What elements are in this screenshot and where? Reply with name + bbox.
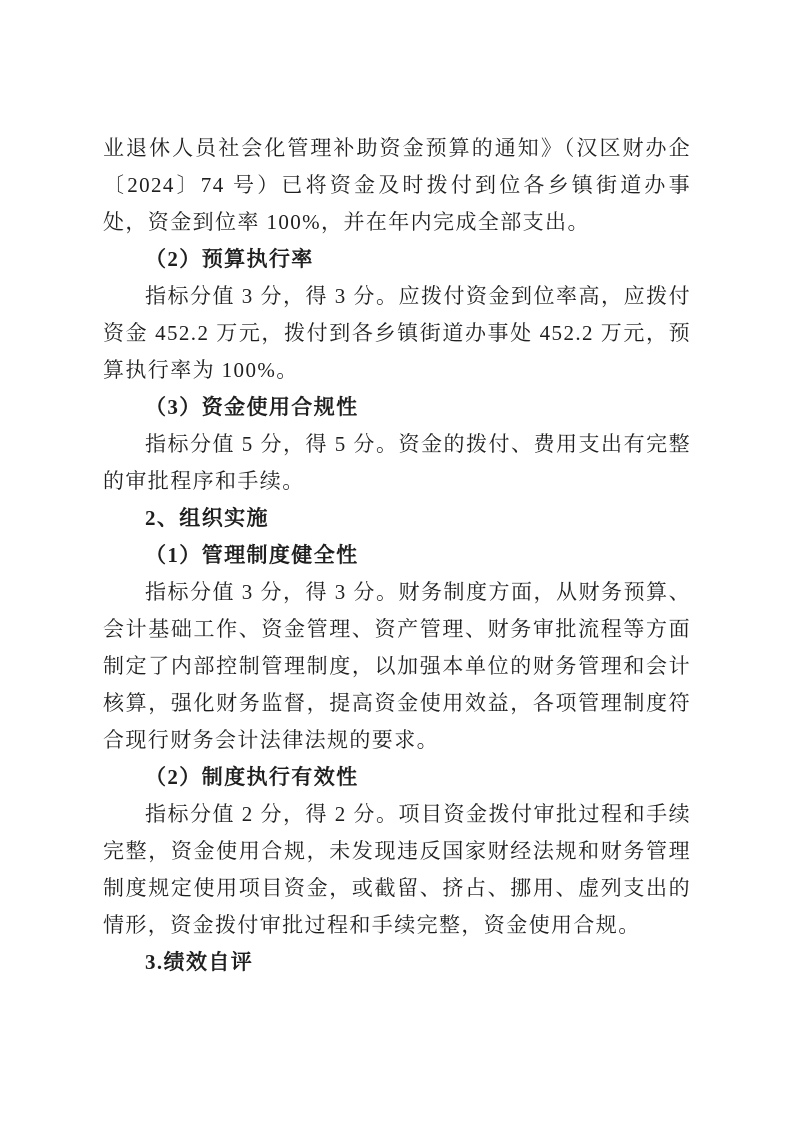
heading-budget-execution-rate: （2）预算执行率 bbox=[103, 241, 691, 278]
paragraph-fund-use-compliance: 指标分值 5 分，得 5 分。资金的拨付、费用支出有完整的审批程序和手续。 bbox=[103, 426, 691, 500]
heading-fund-use-compliance: （3）资金使用合规性 bbox=[103, 389, 691, 426]
paragraph-system-execution-effectiveness: 指标分值 2 分，得 2 分。项目资金拨付审批过程和手续完整，资金使用合规，未发… bbox=[103, 796, 691, 944]
heading-organization-implementation: 2、组织实施 bbox=[103, 500, 691, 537]
document-page: 业退休人员社会化管理补助资金预算的通知》（汉区财办企〔2024〕74 号）已将资… bbox=[0, 0, 793, 1122]
paragraph-fund-allocation-notice-continuation: 业退休人员社会化管理补助资金预算的通知》（汉区财办企〔2024〕74 号）已将资… bbox=[103, 130, 691, 241]
heading-performance-self-evaluation: 3.绩效自评 bbox=[103, 944, 691, 981]
page-text-block: 业退休人员社会化管理补助资金预算的通知》（汉区财办企〔2024〕74 号）已将资… bbox=[103, 130, 691, 981]
heading-system-execution-effectiveness: （2）制度执行有效性 bbox=[103, 759, 691, 796]
paragraph-budget-execution-rate: 指标分值 3 分，得 3 分。应拨付资金到位率高，应拨付资金 452.2 万元，… bbox=[103, 278, 691, 389]
paragraph-management-system-soundness: 指标分值 3 分，得 3 分。财务制度方面，从财务预算、会计基础工作、资金管理、… bbox=[103, 574, 691, 759]
heading-management-system-soundness: （1）管理制度健全性 bbox=[103, 537, 691, 574]
